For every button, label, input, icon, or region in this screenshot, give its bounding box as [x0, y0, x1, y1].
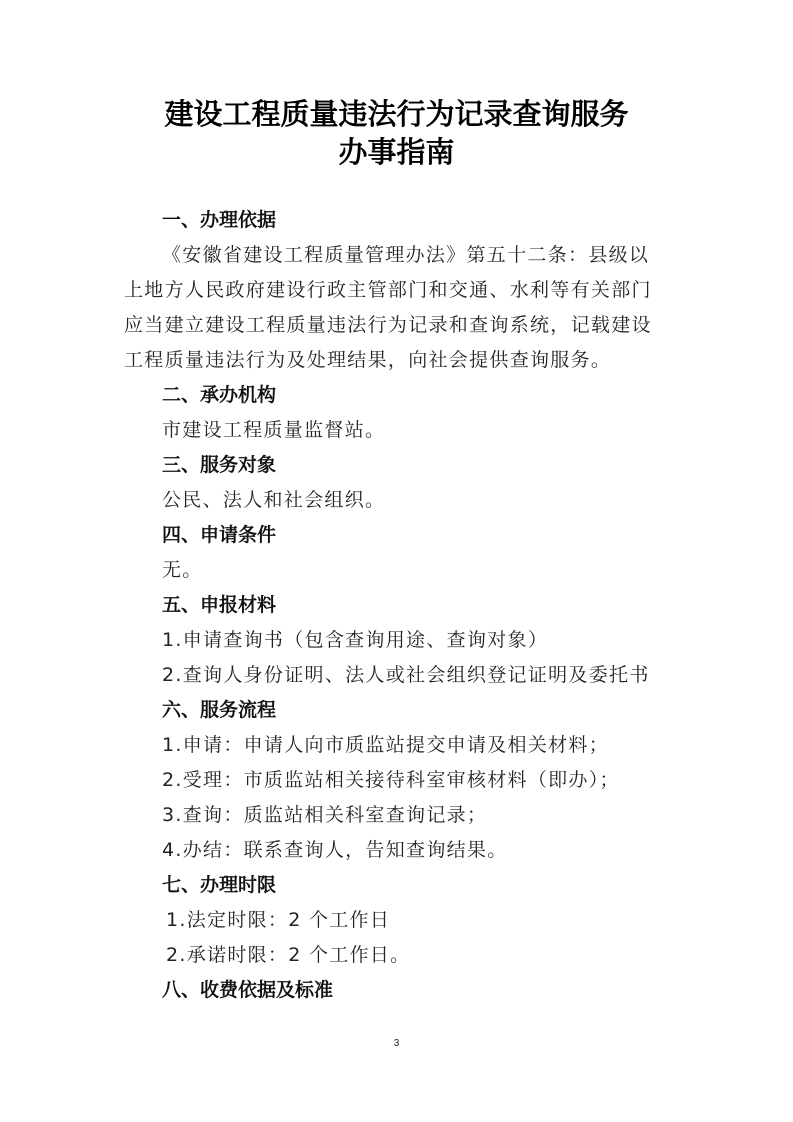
- list-item: 1.申请：申请人向市质监站提交申请及相关材料；: [162, 733, 609, 757]
- list-item: 3.查询：质监站相关科室查询记录；: [162, 803, 487, 827]
- section-heading-conditions: 四、申请条件: [162, 523, 276, 547]
- section-heading-process: 六、服务流程: [162, 698, 276, 722]
- list-item: 1.法定时限：2 个工作日: [166, 908, 390, 932]
- paragraph-line: 应当建立建设工程质量违法行为记录和查询系统，记载建设: [124, 313, 652, 337]
- paragraph-line: 市建设工程质量监督站。: [162, 418, 385, 442]
- page-number: 3: [0, 1038, 793, 1049]
- section-heading-fees: 八、收费依据及标准: [162, 978, 333, 1002]
- section-heading-materials: 五、申报材料: [162, 593, 276, 617]
- section-heading-basis: 一、办理依据: [162, 208, 276, 232]
- list-item: 2.受理：市质监站相关接待科室审核材料（即办）；: [162, 768, 620, 792]
- section-heading-agency: 二、承办机构: [162, 383, 276, 407]
- list-item: 2.承诺时限：2 个工作日。: [166, 943, 410, 967]
- section-heading-time-limit: 七、办理时限: [162, 873, 276, 897]
- list-item: 4.办结：联系查询人，告知查询结果。: [162, 838, 508, 862]
- document-title: 建设工程质量违法行为记录查询服务: [0, 97, 793, 131]
- document-page: 建设工程质量违法行为记录查询服务 办事指南 一、办理依据 《安徽省建设工程质量管…: [0, 0, 793, 1122]
- paragraph-line: 公民、法人和社会组织。: [162, 488, 385, 512]
- document-subtitle: 办事指南: [0, 135, 793, 169]
- paragraph-line: 上地方人民政府建设行政主管部门和交通、水利等有关部门: [124, 278, 652, 302]
- list-item: 2.查询人身份证明、法人或社会组织登记证明及委托书: [162, 663, 650, 687]
- paragraph-line: 无。: [162, 558, 203, 582]
- section-heading-service-target: 三、服务对象: [162, 453, 276, 477]
- paragraph-line: 《安徽省建设工程质量管理办法》第五十二条：县级以: [162, 243, 649, 267]
- list-item: 1.申请查询书（包含查询用途、查询对象）: [162, 628, 548, 652]
- paragraph-line: 工程质量违法行为及处理结果，向社会提供查询服务。: [124, 348, 611, 372]
